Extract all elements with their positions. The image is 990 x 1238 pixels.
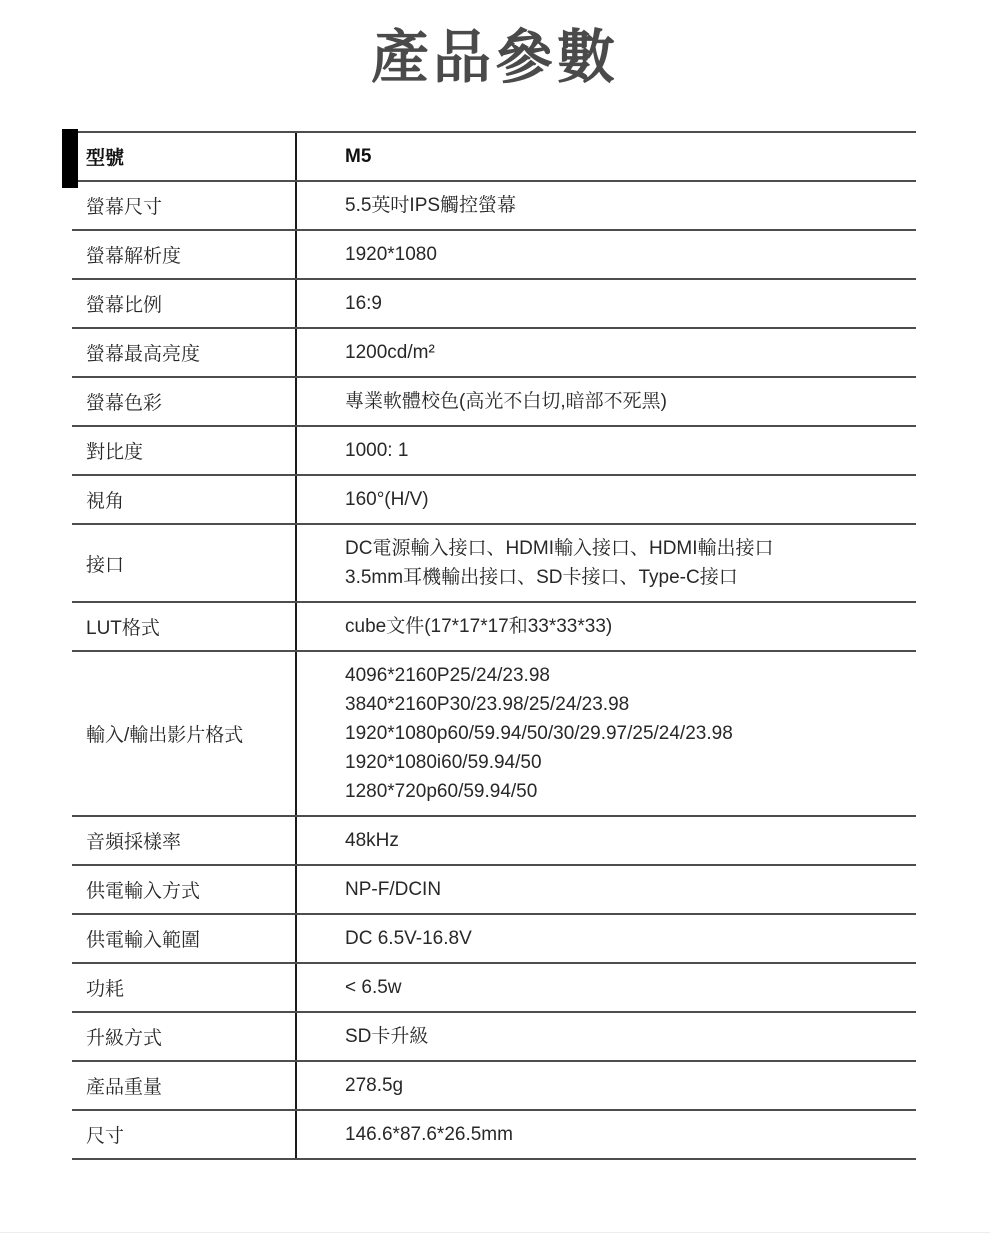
value-line: 1280*720p60/59.94/50 <box>345 777 904 806</box>
row-value: DC 6.5V-16.8V <box>297 915 916 962</box>
value-line: M5 <box>345 142 904 171</box>
row-label: 螢幕最高亮度 <box>72 329 297 376</box>
table-row: 螢幕色彩 專業軟體校色(高光不白切,暗部不死黑) <box>72 378 916 427</box>
row-label: 功耗 <box>72 964 297 1011</box>
table-row: 視角 160°(H/V) <box>72 476 916 525</box>
table-row: 供電輸入範圍 DC 6.5V-16.8V <box>72 915 916 964</box>
row-value: 16:9 <box>297 280 916 327</box>
row-label: 音頻採樣率 <box>72 817 297 864</box>
value-line: 146.6*87.6*26.5mm <box>345 1120 904 1149</box>
row-value: 1200cd/m² <box>297 329 916 376</box>
table-row: 對比度 1000: 1 <box>72 427 916 476</box>
table-row: 型號 M5 <box>72 133 916 182</box>
row-value: 160°(H/V) <box>297 476 916 523</box>
table-row: 螢幕最高亮度 1200cd/m² <box>72 329 916 378</box>
table-row: 音頻採樣率 48kHz <box>72 817 916 866</box>
row-label: LUT格式 <box>72 603 297 650</box>
row-value: SD卡升級 <box>297 1013 916 1060</box>
first-row-accent-marker <box>62 129 78 188</box>
row-label: 升級方式 <box>72 1013 297 1060</box>
value-line: 3840*2160P30/23.98/25/24/23.98 <box>345 690 904 719</box>
row-label: 對比度 <box>72 427 297 474</box>
spec-table: 型號 M5 螢幕尺寸 5.5英吋IPS觸控螢幕 螢幕解析度 1920*1080 … <box>72 131 916 1160</box>
table-row: 供電輸入方式 NP-F/DCIN <box>72 866 916 915</box>
value-line: 專業軟體校色(高光不白切,暗部不死黑) <box>345 387 904 416</box>
row-label: 產品重量 <box>72 1062 297 1109</box>
table-row: 接口 DC電源輸入接口、HDMI輸入接口、HDMI輸出接口3.5mm耳機輸出接口… <box>72 525 916 603</box>
page-bottom-divider <box>0 1232 990 1233</box>
value-line: 1920*1080i60/59.94/50 <box>345 748 904 777</box>
value-line: < 6.5w <box>345 973 904 1002</box>
value-line: cube文件(17*17*17和33*33*33) <box>345 612 904 641</box>
row-label: 型號 <box>72 133 297 180</box>
value-line: 1200cd/m² <box>345 338 904 367</box>
row-value: 1000: 1 <box>297 427 916 474</box>
row-value: DC電源輸入接口、HDMI輸入接口、HDMI輸出接口3.5mm耳機輸出接口、SD… <box>297 525 916 601</box>
row-label: 供電輸入範圍 <box>72 915 297 962</box>
row-value: < 6.5w <box>297 964 916 1011</box>
row-label: 螢幕解析度 <box>72 231 297 278</box>
row-label: 視角 <box>72 476 297 523</box>
product-spec-page: 產品參數 型號 M5 螢幕尺寸 5.5英吋IPS觸控螢幕 螢幕解析度 1920*… <box>0 0 990 1238</box>
value-line: 278.5g <box>345 1071 904 1100</box>
table-row: 螢幕尺寸 5.5英吋IPS觸控螢幕 <box>72 182 916 231</box>
row-label: 螢幕尺寸 <box>72 182 297 229</box>
value-line: 1920*1080 <box>345 240 904 269</box>
row-value: cube文件(17*17*17和33*33*33) <box>297 603 916 650</box>
value-line: 1000: 1 <box>345 436 904 465</box>
row-value: 專業軟體校色(高光不白切,暗部不死黑) <box>297 378 916 425</box>
row-label: 螢幕比例 <box>72 280 297 327</box>
table-row: LUT格式 cube文件(17*17*17和33*33*33) <box>72 603 916 652</box>
row-label: 輸入/輸出影片格式 <box>72 652 297 815</box>
value-line: 160°(H/V) <box>345 485 904 514</box>
page-title: 產品參數 <box>0 24 990 91</box>
row-value: 48kHz <box>297 817 916 864</box>
value-line: 5.5英吋IPS觸控螢幕 <box>345 191 904 220</box>
table-row: 功耗 < 6.5w <box>72 964 916 1013</box>
value-line: 1920*1080p60/59.94/50/30/29.97/25/24/23.… <box>345 719 904 748</box>
table-row: 產品重量 278.5g <box>72 1062 916 1111</box>
value-line: NP-F/DCIN <box>345 875 904 904</box>
row-value: 4096*2160P25/24/23.983840*2160P30/23.98/… <box>297 652 916 815</box>
row-value: NP-F/DCIN <box>297 866 916 913</box>
row-label: 螢幕色彩 <box>72 378 297 425</box>
row-label: 接口 <box>72 525 297 601</box>
table-row: 輸入/輸出影片格式 4096*2160P25/24/23.983840*2160… <box>72 652 916 817</box>
row-value: M5 <box>297 133 916 180</box>
table-row: 尺寸 146.6*87.6*26.5mm <box>72 1111 916 1160</box>
row-label: 尺寸 <box>72 1111 297 1158</box>
value-line: SD卡升級 <box>345 1022 904 1051</box>
row-value: 1920*1080 <box>297 231 916 278</box>
value-line: DC 6.5V-16.8V <box>345 924 904 953</box>
row-value: 278.5g <box>297 1062 916 1109</box>
spec-table-body: 型號 M5 螢幕尺寸 5.5英吋IPS觸控螢幕 螢幕解析度 1920*1080 … <box>72 133 916 1160</box>
row-value: 5.5英吋IPS觸控螢幕 <box>297 182 916 229</box>
table-row: 螢幕比例 16:9 <box>72 280 916 329</box>
value-line: 4096*2160P25/24/23.98 <box>345 661 904 690</box>
value-line: 48kHz <box>345 826 904 855</box>
table-row: 升級方式 SD卡升級 <box>72 1013 916 1062</box>
row-value: 146.6*87.6*26.5mm <box>297 1111 916 1158</box>
row-label: 供電輸入方式 <box>72 866 297 913</box>
table-row: 螢幕解析度 1920*1080 <box>72 231 916 280</box>
value-line: DC電源輸入接口、HDMI輸入接口、HDMI輸出接口 <box>345 534 904 563</box>
value-line: 3.5mm耳機輸出接口、SD卡接口、Type-C接口 <box>345 563 904 592</box>
value-line: 16:9 <box>345 289 904 318</box>
